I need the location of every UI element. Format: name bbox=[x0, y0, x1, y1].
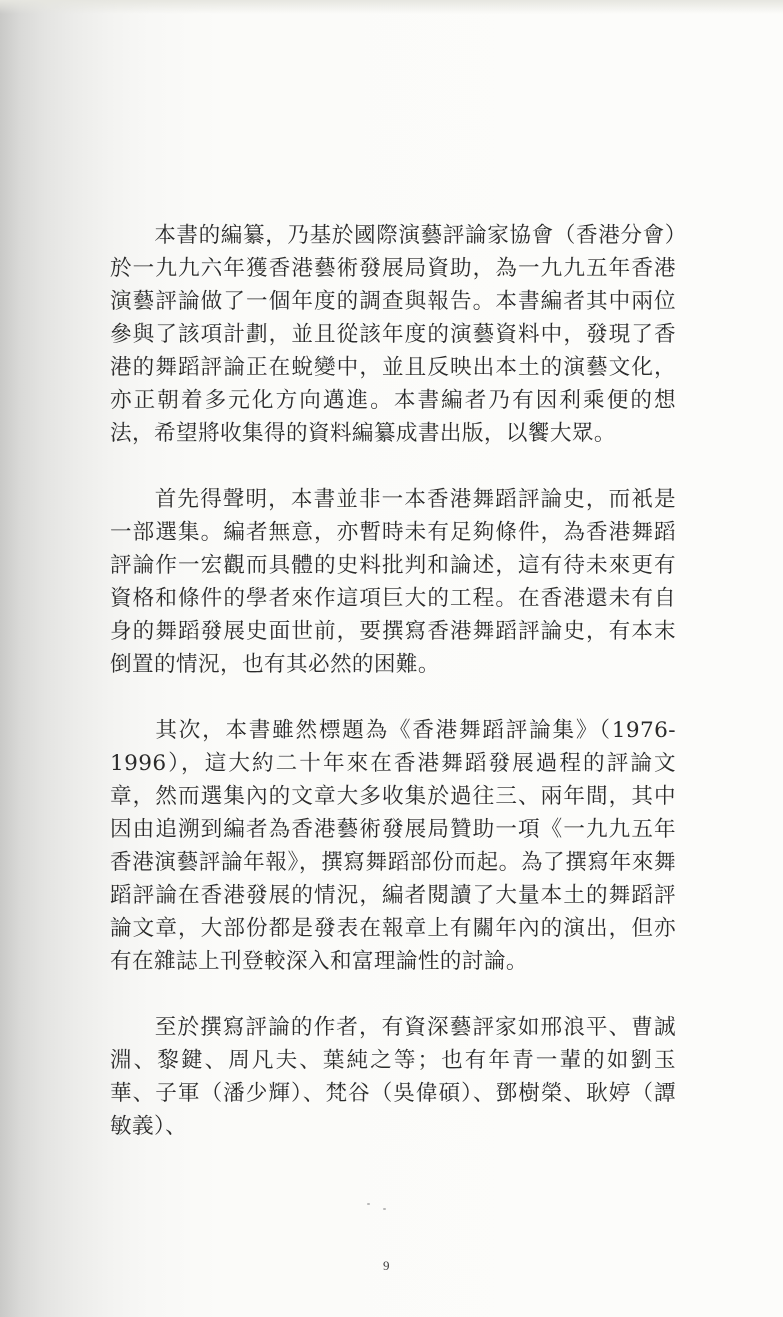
page-number: 9 bbox=[383, 1258, 390, 1274]
paragraph-3: 其次，本書雖然標題為《香港舞蹈評論集》（1976-1996），這大約二十年來在香… bbox=[110, 714, 676, 978]
paragraph-3-text: 其次，本書雖然標題為《香港舞蹈評論集》（1976-1996），這大約二十年來在香… bbox=[110, 718, 676, 974]
paragraph-4: 至於撰寫評論的作者，有資深藝評家如邢浪平、曹誠淵、黎鍵、周凡夫、葉純之等；也有年… bbox=[110, 1011, 676, 1143]
paragraph-4-text: 至於撰寫評論的作者，有資深藝評家如邢浪平、曹誠淵、黎鍵、周凡夫、葉純之等；也有年… bbox=[110, 1015, 676, 1139]
body-text: 本書的編纂，乃基於國際演藝評論家協會（香港分會）於一九九六年獲香港藝術發展局資助… bbox=[110, 219, 676, 1143]
scan-speck bbox=[383, 1208, 386, 1210]
paragraph-2: 首先得聲明，本書並非一本香港舞蹈評論史，而衹是一部選集。編者無意，亦暫時未有足夠… bbox=[110, 483, 676, 681]
paragraph-1-text: 本書的編纂，乃基於國際演藝評論家協會（香港分會）於一九九六年獲香港藝術發展局資助… bbox=[110, 223, 676, 446]
scan-speck bbox=[367, 1203, 370, 1205]
scan-edge-shadow bbox=[0, 0, 783, 14]
paragraph-2-text: 首先得聲明，本書並非一本香港舞蹈評論史，而衹是一部選集。編者無意，亦暫時未有足夠… bbox=[110, 487, 676, 677]
scanned-book-page: 本書的編纂，乃基於國際演藝評論家協會（香港分會）於一九九六年獲香港藝術發展局資助… bbox=[0, 0, 783, 1317]
paragraph-1: 本書的編纂，乃基於國際演藝評論家協會（香港分會）於一九九六年獲香港藝術發展局資助… bbox=[110, 219, 676, 450]
